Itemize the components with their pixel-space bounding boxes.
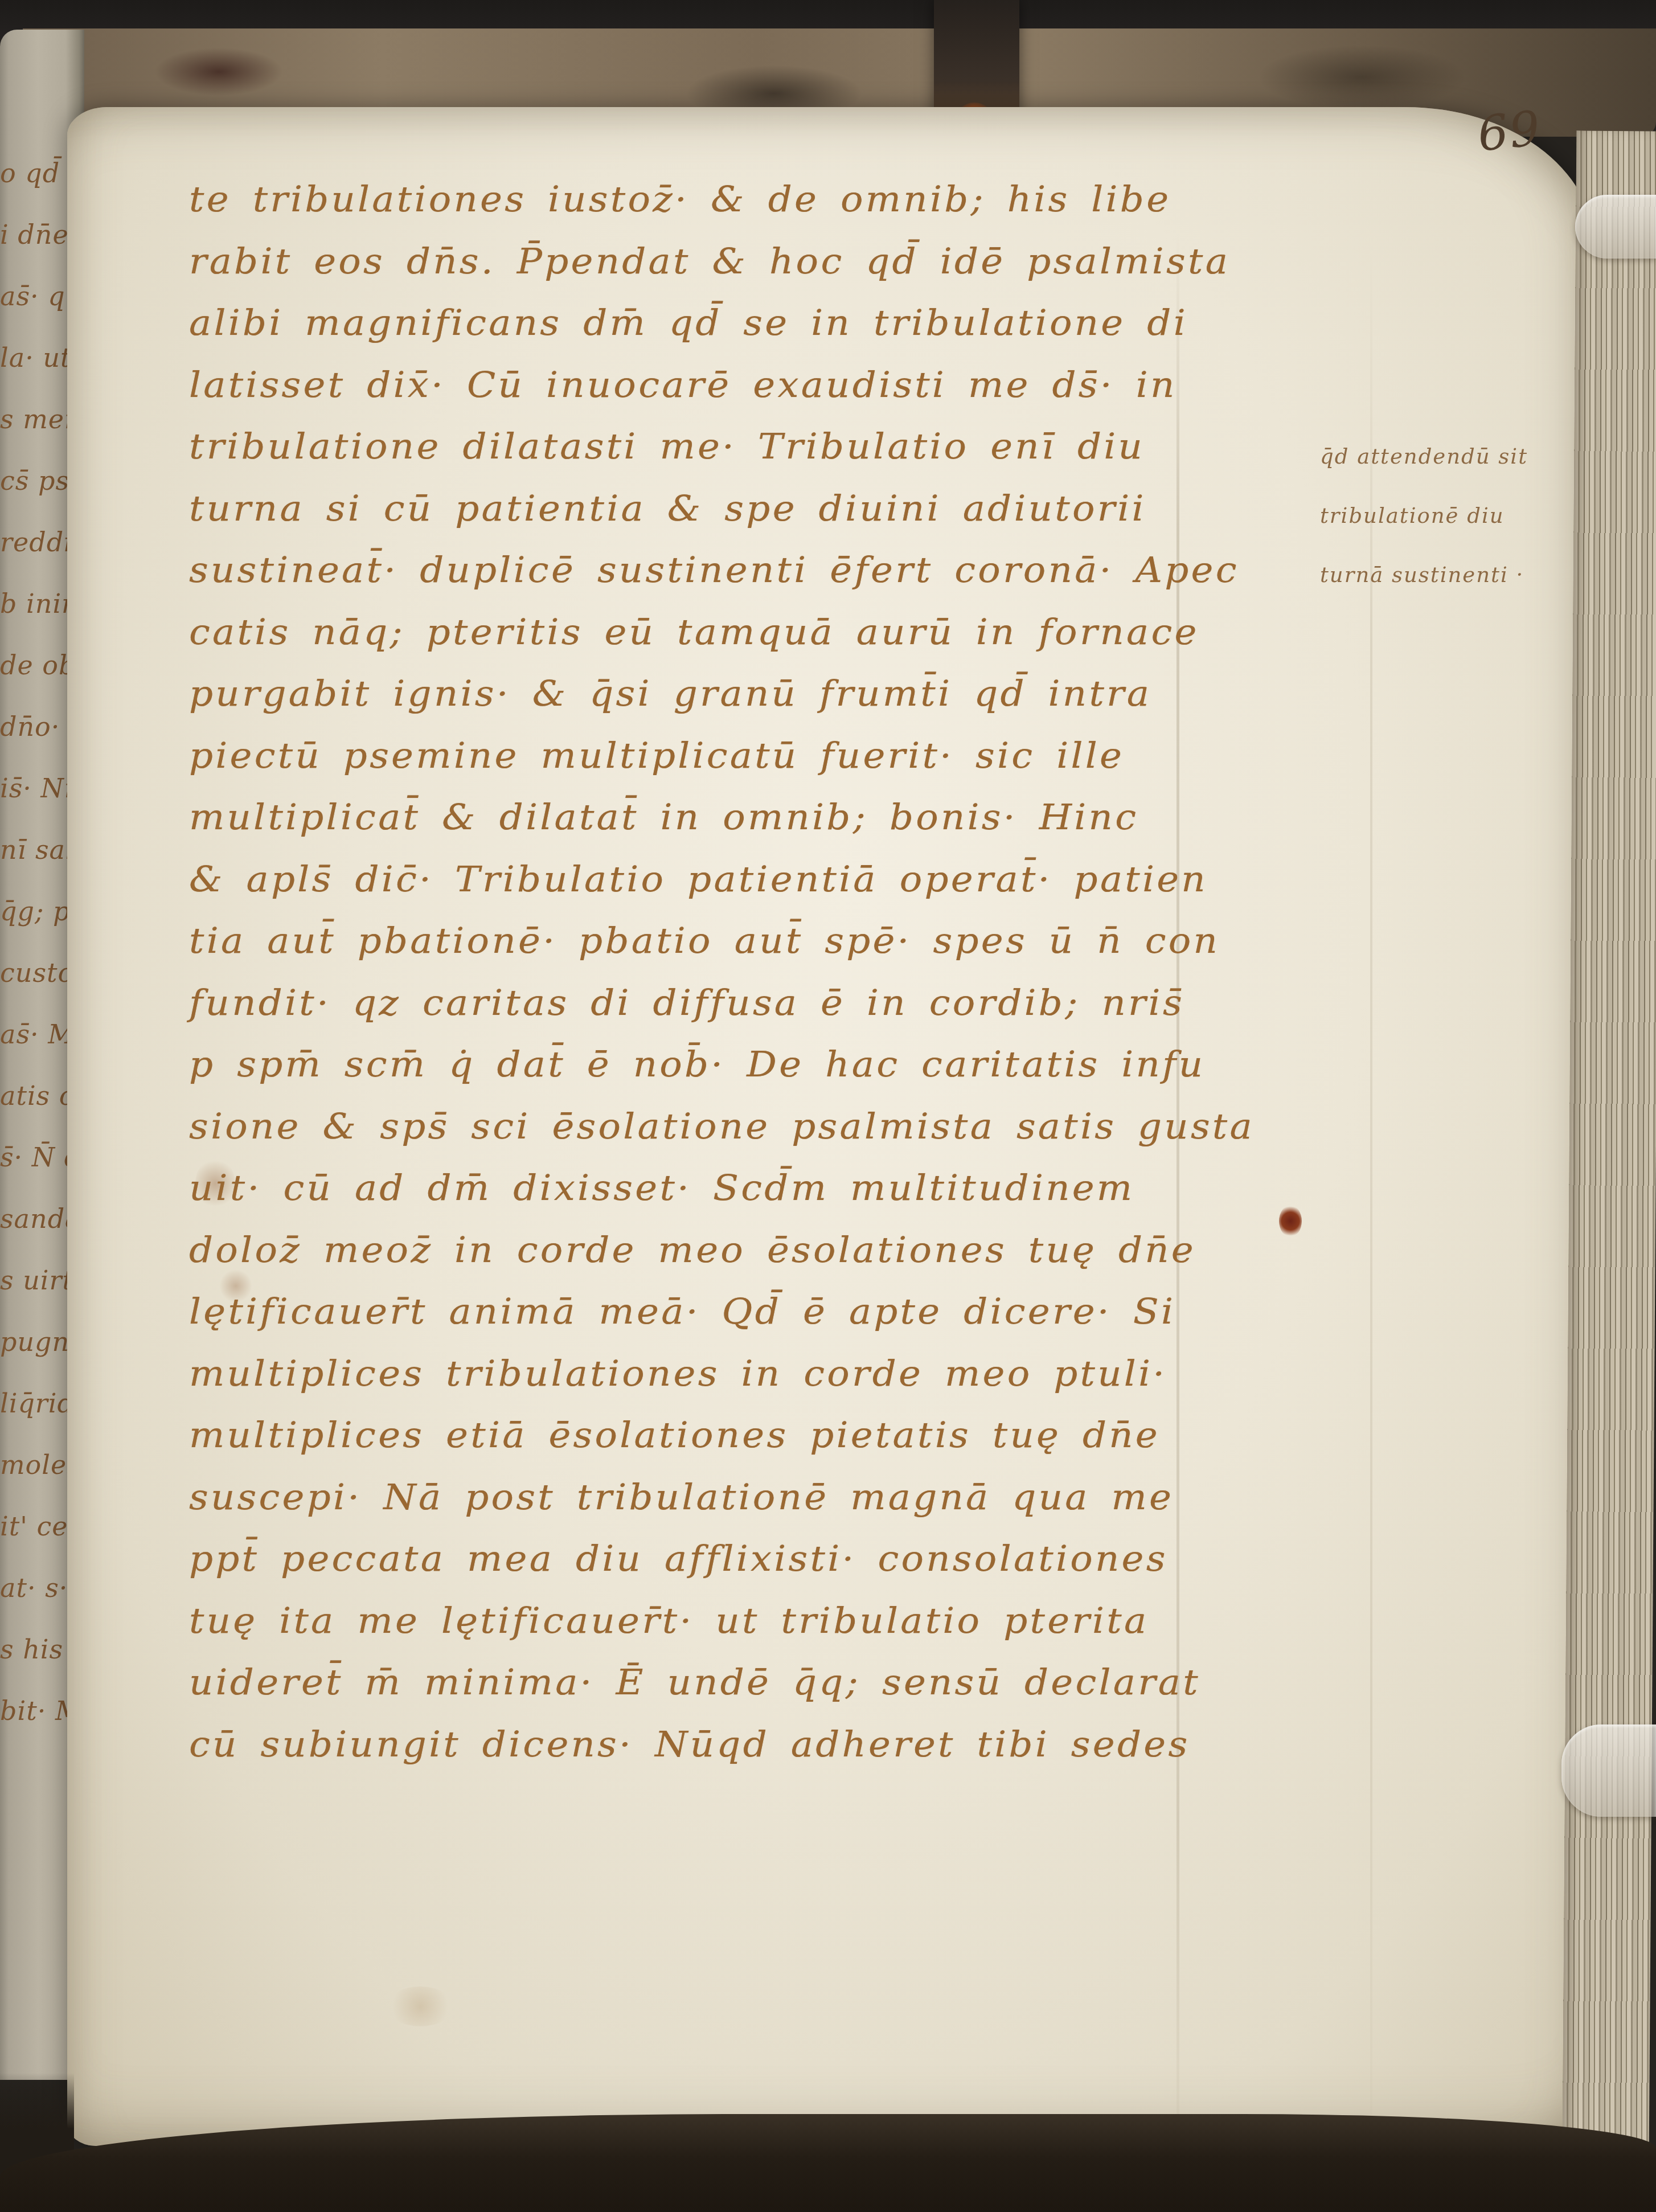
manuscript-text-line: uit· cū ad dm̄ dixisset· Scd̄m multitudi… <box>189 1157 1396 1219</box>
marginal-note: q̄d attendendū sittribulationē diuturnā … <box>1320 440 1565 617</box>
marginal-note-line: q̄d attendendū sit <box>1320 440 1565 499</box>
parchment-stain <box>386 1986 454 2026</box>
manuscript-text-line: purgabit ignis· & q̄si granū frumt̄i qd̄… <box>189 663 1396 725</box>
manuscript-text-line: suscepi· Nā post tribulationē magnā qua … <box>189 1467 1396 1529</box>
manuscript-text-line: cū subiungit dicens· Nūqd adheret tibi s… <box>189 1714 1396 1776</box>
manuscript-text-line: uideret̄ m̄ minima· Ē undē q̄q; sensū de… <box>189 1652 1396 1714</box>
manuscript-text-line: lętificauer̄t animā meā· Qd̄ ē apte dice… <box>189 1281 1396 1343</box>
manuscript-text-line: rabit eos dn̄s. P̄pendat & hoc qd̄ idē p… <box>189 231 1396 293</box>
fore-edge-tab-bottom <box>1561 1724 1656 1817</box>
manuscript-text-line: tribulatione dilatasti me· Tribulatio en… <box>189 416 1396 478</box>
manuscript-text-line: te tribulationes iustoz̄· & de omnib; hi… <box>189 169 1396 231</box>
manuscript-text-line: alibi magnificans dm̄ qd̄ se in tribulat… <box>189 292 1396 354</box>
manuscript-text-line: ppt̄ peccata mea diu afflixisti· consola… <box>189 1528 1396 1590</box>
manuscript-text-line: p spm̄ scm̄ q̇ dat̄ ē nob̄· De hac carit… <box>189 1034 1396 1096</box>
folio-number: 69 <box>1475 96 1579 174</box>
manuscript-text-line: sione & sps̄ sci ēsolatione psalmista sa… <box>189 1096 1396 1158</box>
manuscript-text-line: catis nāq; pteritis eū tamquā aurū in fo… <box>189 601 1396 663</box>
marginal-note-line: turnā sustinenti · <box>1320 558 1565 617</box>
manuscript-text-line: multiplices tribulationes in corde meo p… <box>189 1343 1396 1405</box>
manuscript-text-line: tia aut̄ pbationē· pbatio aut̄ spē· spes… <box>189 910 1396 972</box>
manuscript-text-line: sustineat̄· duplicē sustinenti ēfert cor… <box>189 539 1396 601</box>
marginal-note-line: tribulationē diu <box>1320 499 1565 558</box>
manuscript-text-line: latisset dix̄· Cū inuocarē exaudisti me … <box>189 354 1396 416</box>
manuscript-text-line: piectū psemine multiplicatū fuerit· sic … <box>189 725 1396 787</box>
main-text-block: te tribulationes iustoz̄· & de omnib; hi… <box>189 169 1328 1775</box>
fore-edge-tab-top <box>1575 195 1656 259</box>
manuscript-text-line: & apls̄ dic̄· Tribulatio patientiā opera… <box>189 849 1396 911</box>
manuscript-text-line: multiplicat̄ & dilatat̄ in omnib; bonis·… <box>189 787 1396 849</box>
manuscript-text-line: tuę ita me lętificauer̄t· ut tribulatio … <box>189 1590 1396 1652</box>
manuscript-photo: o qd̄ sei dn̄e qd̄as̄· quibla· ut ps mer… <box>0 0 1656 2212</box>
manuscript-text-line: fundit· qz caritas di diffusa ē in cordi… <box>189 972 1396 1034</box>
manuscript-text-line: turna si cū patientia & spe diuini adiut… <box>189 478 1396 540</box>
fore-edge-page-stack <box>1563 131 1656 2159</box>
manuscript-text-line: doloz̄ meoz̄ in corde meo ēsolationes tu… <box>189 1219 1396 1281</box>
manuscript-text-line: multiplices etiā ēsolationes pietatis tu… <box>189 1404 1396 1467</box>
